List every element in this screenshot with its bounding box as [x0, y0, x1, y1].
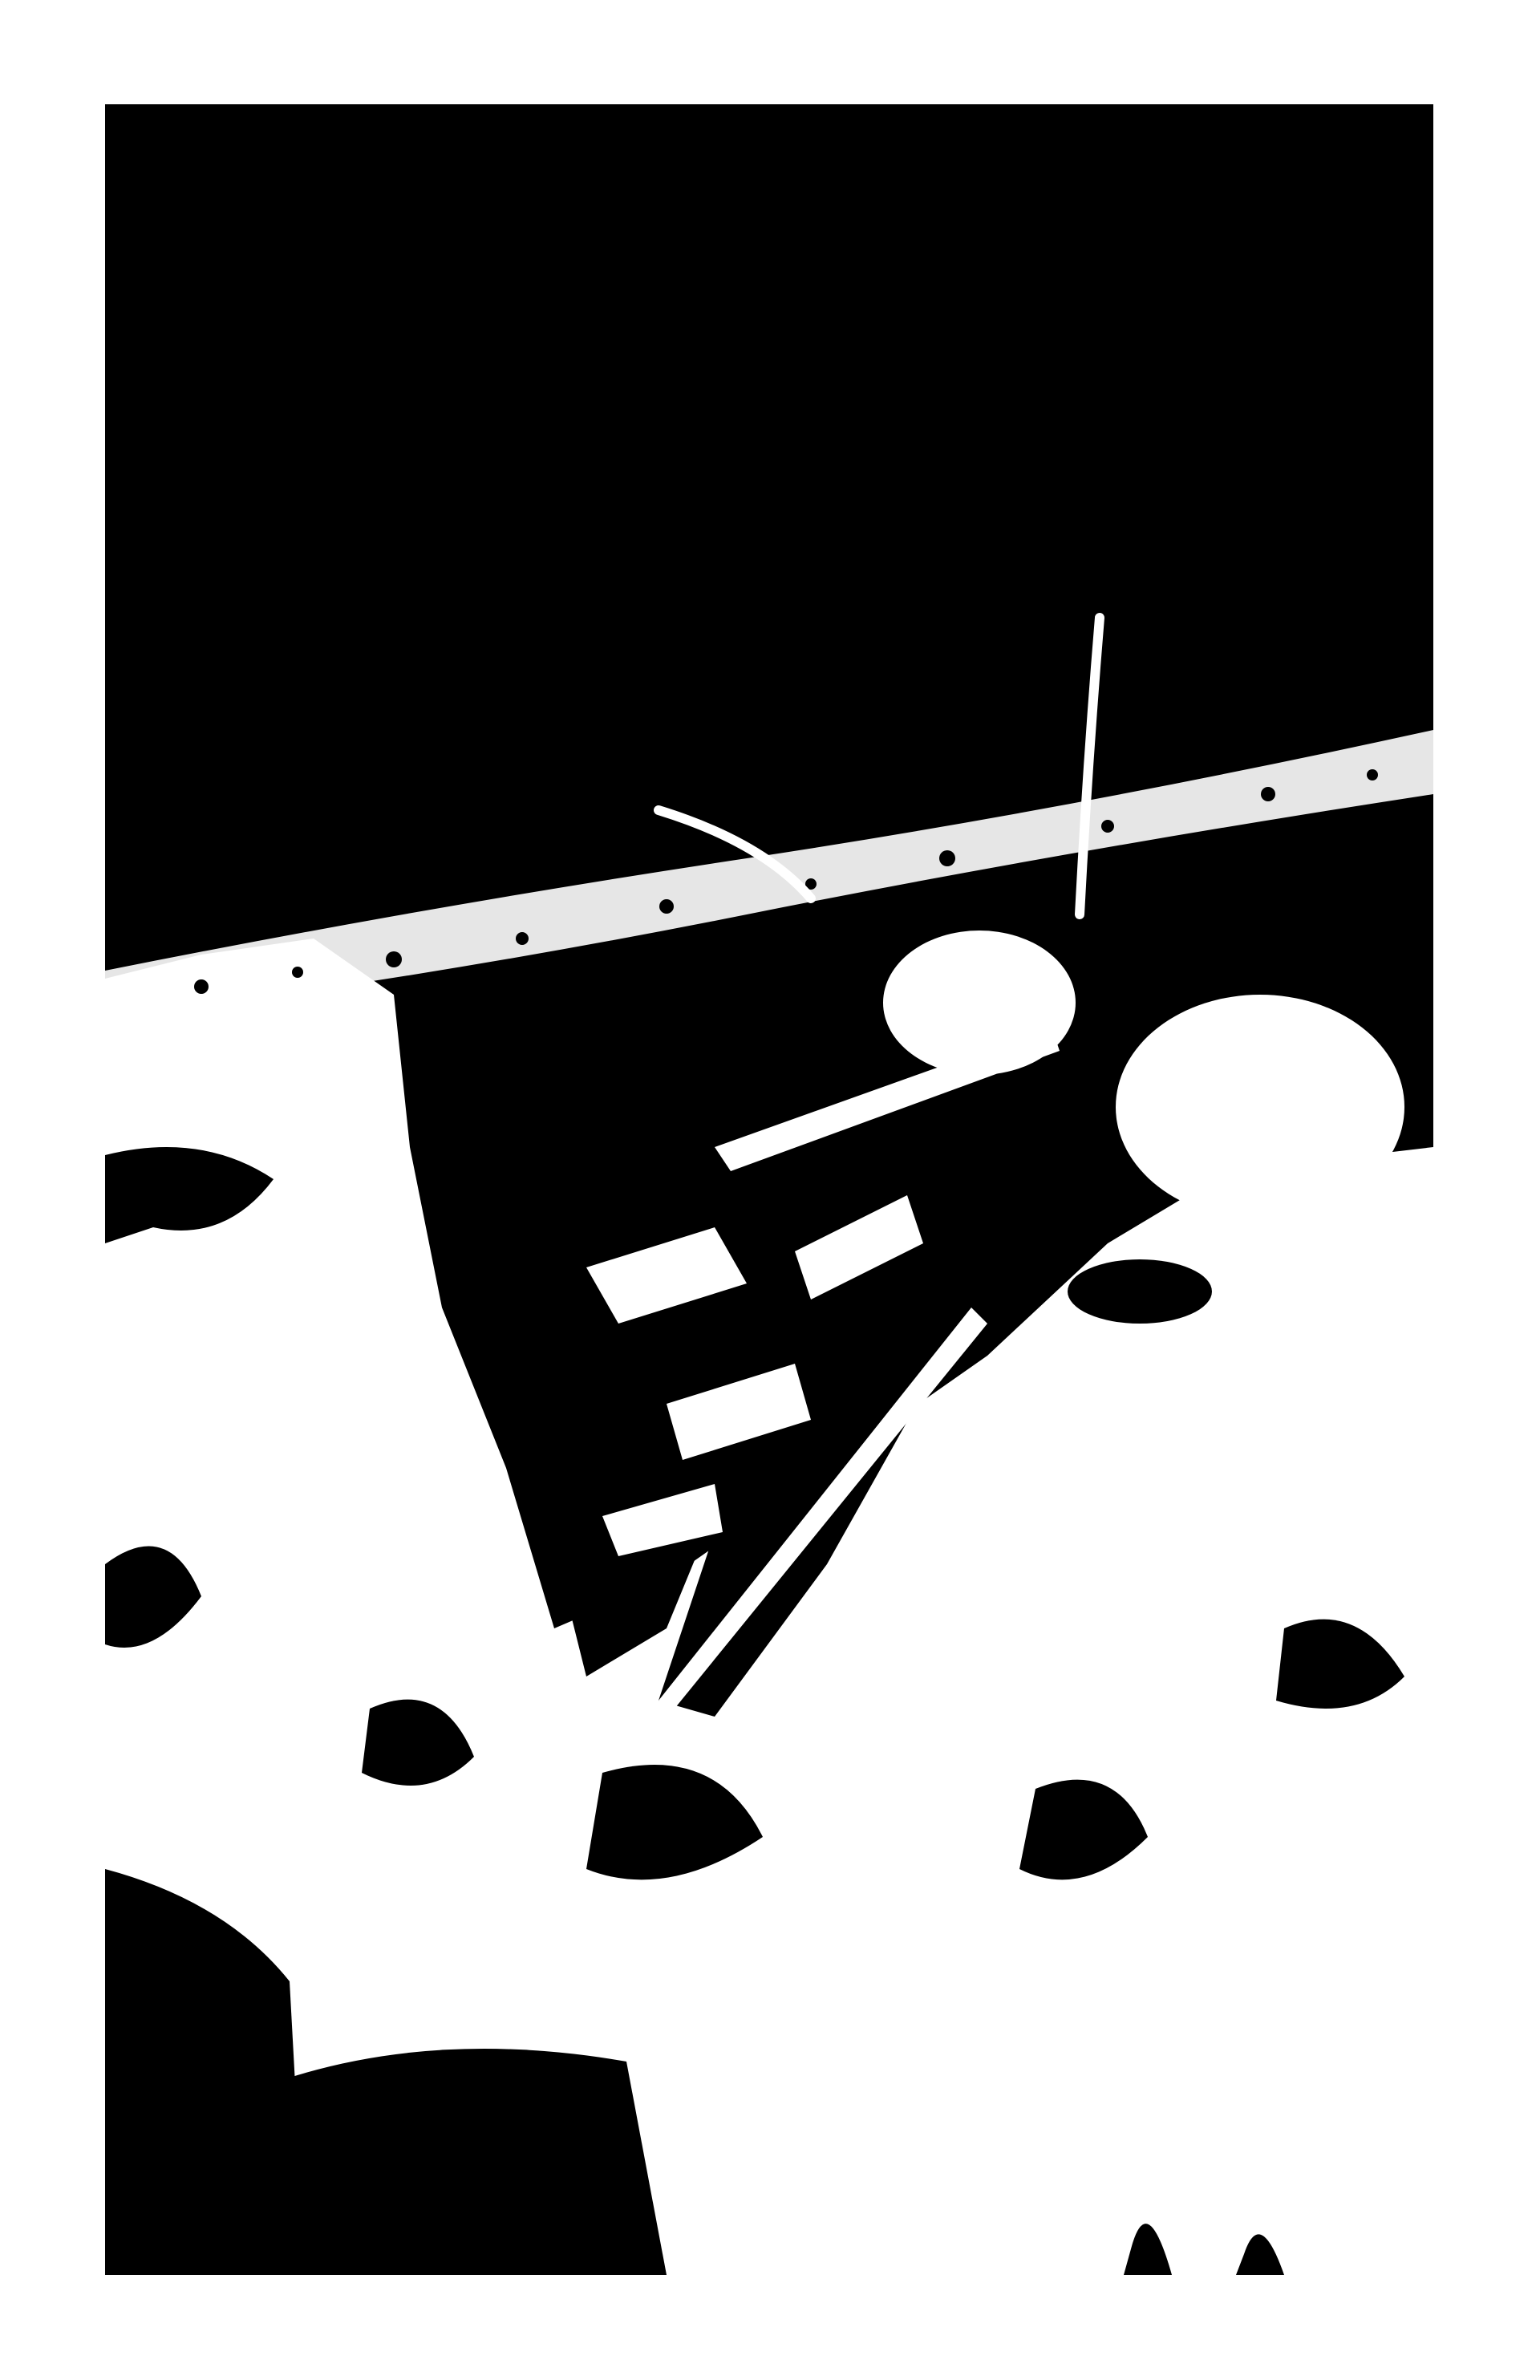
moth-head: [883, 931, 1076, 1075]
leaf-blob: [1204, 1211, 1433, 1564]
leaf-blob: [1116, 995, 1404, 1219]
moth-photo-svg: [105, 104, 1433, 2275]
leaf-shadow: [1068, 1259, 1212, 1324]
moth-photograph: High-contrast black and white photograph…: [105, 104, 1433, 2275]
